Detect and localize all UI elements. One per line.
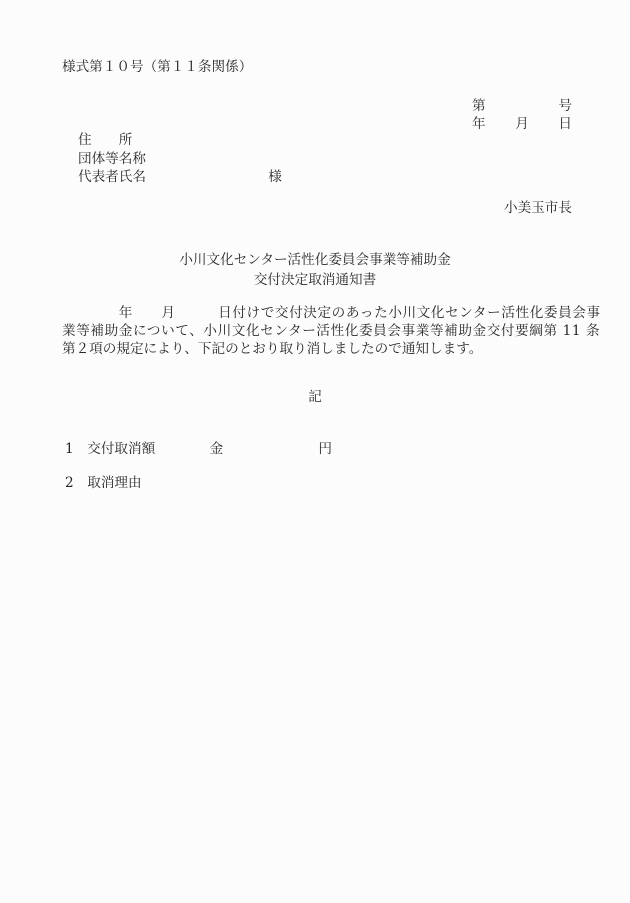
document-number-prefix: 第 bbox=[472, 97, 486, 115]
document-title-line2: 交付決定取消通知書 bbox=[0, 270, 630, 290]
recipient-block: 住 所 団体等名称 代表者氏名 様 bbox=[78, 131, 282, 187]
document-meta: 第 号 年 月 日 bbox=[472, 97, 572, 133]
recipient-address-field: 住 所 bbox=[78, 131, 282, 150]
body-paragraph: 年 月 日付けで交付決定のあった小川文化センター活性化委員会事 業等補助金につい… bbox=[62, 304, 602, 358]
document-page: 様式第１０号（第１１条関係） 第 号 年 月 日 住 所 団体等名称 代表者氏名… bbox=[0, 0, 630, 903]
recipient-organization-field: 団体等名称 bbox=[78, 150, 282, 169]
date-day-label: 日 bbox=[558, 115, 572, 133]
list-item-cancellation-reason: 2 取消理由 bbox=[65, 475, 142, 491]
date-year-label: 年 bbox=[472, 115, 486, 133]
date-field: 年 月 日 bbox=[472, 115, 572, 133]
body-line1: 年 月 日付けで交付決定のあった小川文化センター活性化委員会事 bbox=[62, 304, 602, 322]
document-number-suffix: 号 bbox=[558, 97, 572, 115]
body-line2: 業等補助金について、小川文化センター活性化委員会事業等補助金交付要綱第 11 条 bbox=[62, 322, 602, 340]
form-number: 様式第１０号（第１１条関係） bbox=[62, 59, 252, 75]
sender-name: 小美玉市長 bbox=[472, 200, 572, 216]
recipient-representative-field: 代表者氏名 様 bbox=[78, 168, 282, 187]
document-title: 小川文化センター活性化委員会事業等補助金 交付決定取消通知書 bbox=[0, 250, 630, 290]
document-title-line1: 小川文化センター活性化委員会事業等補助金 bbox=[0, 250, 630, 270]
document-number-field: 第 号 bbox=[472, 97, 572, 115]
section-marker-ki: 記 bbox=[0, 389, 630, 405]
list-item-cancellation-amount: 1 交付取消額 金 円 bbox=[65, 441, 332, 457]
date-month-label: 月 bbox=[515, 115, 529, 133]
body-line3: 第２項の規定により、下記のとおり取り消しましたので通知します。 bbox=[62, 340, 602, 358]
